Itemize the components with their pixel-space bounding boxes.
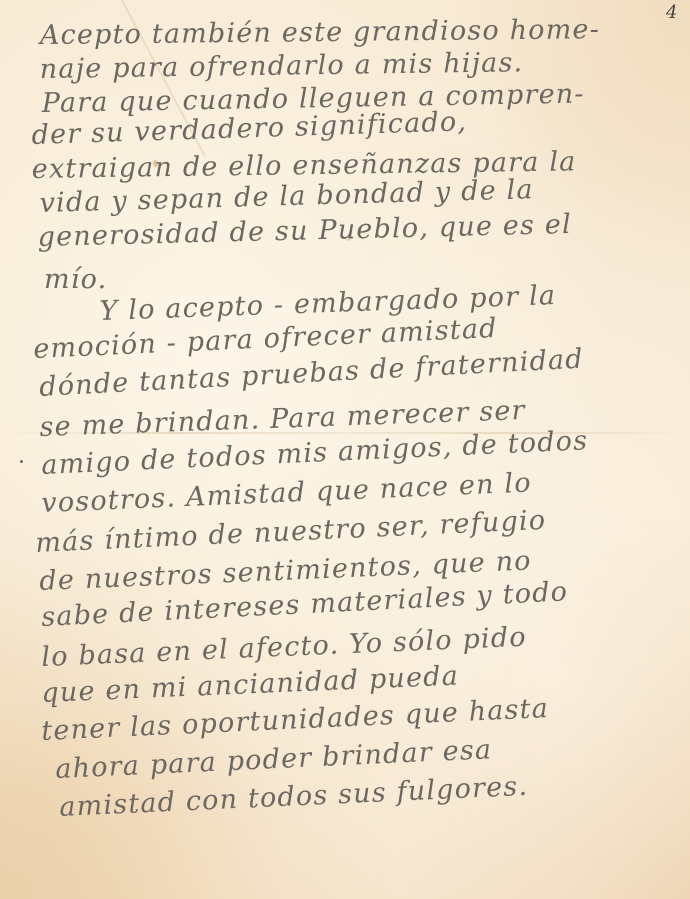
handwritten-line: mío.	[44, 266, 107, 293]
handwritten-line: naje para ofrendarlo a mis hijas.	[40, 49, 524, 83]
handwritten-line: Acepto también este grandioso home-	[40, 16, 600, 49]
handwritten-line: generosidad de su Pueblo, que es el	[37, 211, 572, 251]
page-number: 4	[666, 2, 677, 23]
letter-page: 4 Acepto también este grandioso home- na…	[0, 0, 690, 899]
ink-dot	[20, 460, 23, 463]
